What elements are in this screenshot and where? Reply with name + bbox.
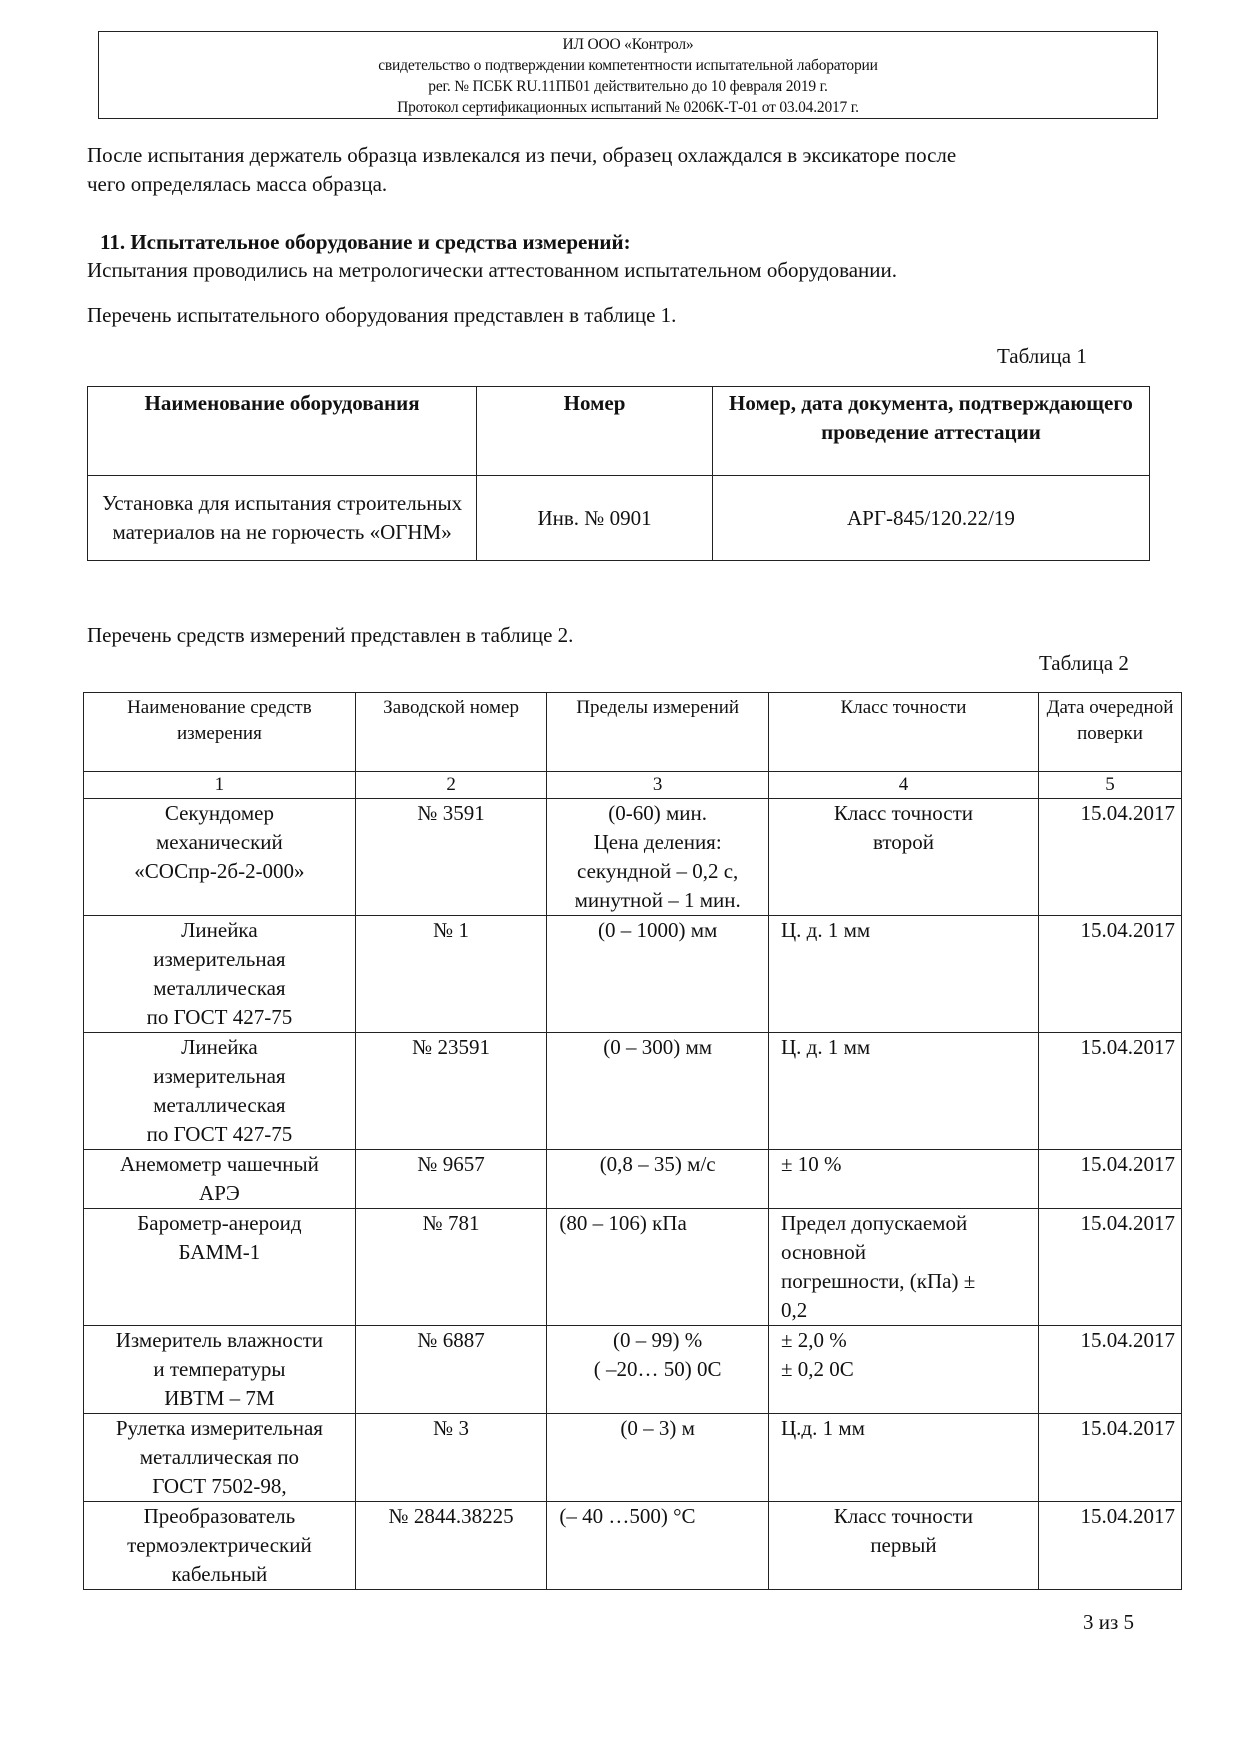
table2-intro: Перечень средств измерений представлен в… <box>87 621 573 650</box>
cell-accuracy-class: ± 2,0 % ± 0,2 0С <box>768 1326 1038 1414</box>
header-instrument-name: Наименование средств измерения <box>84 693 356 772</box>
cell-measurement-range: (0 – 300) мм <box>547 1033 769 1150</box>
cell-certification-doc: АРГ-845/120.22/19 <box>712 476 1149 561</box>
cell-next-verification-date: 15.04.2017 <box>1039 1326 1182 1414</box>
header-next-verification-date: Дата очередной поверки <box>1039 693 1182 772</box>
section-title: 11. Испытательное оборудование и средств… <box>100 230 631 255</box>
cell-instrument-name: Секундомер механический «СОСпр-2б-2-000» <box>84 799 356 916</box>
column-number: 3 <box>547 772 769 799</box>
table1-intro: Перечень испытательного оборудования пре… <box>87 301 676 330</box>
cell-accuracy-class: Ц. д. 1 мм <box>768 916 1038 1033</box>
column-number: 5 <box>1039 772 1182 799</box>
document-header: ИЛ ООО «Контрол» свидетельство о подтвер… <box>98 31 1158 119</box>
table-header-row: Наименование оборудования Номер Номер, д… <box>88 387 1150 476</box>
cell-instrument-name: Анемометр чашечный АРЭ <box>84 1150 356 1209</box>
table2-caption: Таблица 2 <box>1039 651 1129 676</box>
header-serial-number: Заводской номер <box>355 693 547 772</box>
cell-instrument-name: Линейка измерительная металлическая по Г… <box>84 916 356 1033</box>
cell-serial-number: № 23591 <box>355 1033 547 1150</box>
cell-measurement-range: (0,8 – 35) м/с <box>547 1150 769 1209</box>
cell-instrument-name: Измеритель влажности и температуры ИВТМ … <box>84 1326 356 1414</box>
table-row: Анемометр чашечный АРЭ№ 9657(0,8 – 35) м… <box>84 1150 1182 1209</box>
header-certificate: свидетельство о подтверждении компетентн… <box>99 55 1157 76</box>
column-number: 4 <box>768 772 1038 799</box>
cell-instrument-name: Рулетка измерительная металлическая по Г… <box>84 1414 356 1502</box>
header-lab-name: ИЛ ООО «Контрол» <box>99 34 1157 55</box>
table-row: Барометр-анероид БАММ-1№ 781(80 – 106) к… <box>84 1209 1182 1326</box>
cell-next-verification-date: 15.04.2017 <box>1039 1209 1182 1326</box>
header-equipment-name: Наименование оборудования <box>88 387 477 476</box>
cell-next-verification-date: 15.04.2017 <box>1039 1150 1182 1209</box>
table-row: Линейка измерительная металлическая по Г… <box>84 916 1182 1033</box>
header-protocol: Протокол сертификационных испытаний № 02… <box>99 97 1157 118</box>
cell-accuracy-class: Класс точности второй <box>768 799 1038 916</box>
cell-serial-number: № 9657 <box>355 1150 547 1209</box>
table-row: Преобразователь термоэлектрический кабел… <box>84 1502 1182 1590</box>
equipment-table: Наименование оборудования Номер Номер, д… <box>87 386 1150 561</box>
cell-serial-number: № 6887 <box>355 1326 547 1414</box>
cell-next-verification-date: 15.04.2017 <box>1039 916 1182 1033</box>
cell-measurement-range: (0 – 1000) мм <box>547 916 769 1033</box>
column-number-row: 1 2 3 4 5 <box>84 772 1182 799</box>
header-accuracy-class: Класс точности <box>768 693 1038 772</box>
header-certification-doc: Номер, дата документа, подтверждающего п… <box>712 387 1149 476</box>
table-header-row: Наименование средств измерения Заводской… <box>84 693 1182 772</box>
page-number: 3 из 5 <box>1083 1610 1134 1635</box>
cell-measurement-range: (0 – 3) м <box>547 1414 769 1502</box>
cell-accuracy-class: Класс точности первый <box>768 1502 1038 1590</box>
intro-text-line-1: После испытания держатель образца извлек… <box>87 141 956 170</box>
header-registration: рег. № ПСБК RU.11ПБ01 действительно до 1… <box>99 76 1157 97</box>
cell-instrument-name: Преобразователь термоэлектрический кабел… <box>84 1502 356 1590</box>
cell-accuracy-class: Ц. д. 1 мм <box>768 1033 1038 1150</box>
table1-caption: Таблица 1 <box>997 344 1087 369</box>
cell-measurement-range: (0 – 99) % ( –20… 50) 0С <box>547 1326 769 1414</box>
measuring-instruments-table: Наименование средств измерения Заводской… <box>83 692 1182 1590</box>
column-number: 1 <box>84 772 356 799</box>
header-number: Номер <box>477 387 713 476</box>
section-text: Испытания проводились на метрологически … <box>87 256 897 285</box>
table-row: Измеритель влажности и температуры ИВТМ … <box>84 1326 1182 1414</box>
cell-accuracy-class: Предел допускаемой основной погрешности,… <box>768 1209 1038 1326</box>
column-number: 2 <box>355 772 547 799</box>
cell-instrument-name: Барометр-анероид БАММ-1 <box>84 1209 356 1326</box>
cell-serial-number: № 2844.38225 <box>355 1502 547 1590</box>
table-row: Установка для испытания строительных мат… <box>88 476 1150 561</box>
cell-equipment-name: Установка для испытания строительных мат… <box>88 476 477 561</box>
cell-next-verification-date: 15.04.2017 <box>1039 799 1182 916</box>
intro-text-line-2: чего определялась масса образца. <box>87 170 387 199</box>
cell-measurement-range: (0-60) мин. Цена деления: секундной – 0,… <box>547 799 769 916</box>
cell-next-verification-date: 15.04.2017 <box>1039 1502 1182 1590</box>
table-row: Линейка измерительная металлическая по Г… <box>84 1033 1182 1150</box>
cell-serial-number: № 1 <box>355 916 547 1033</box>
cell-serial-number: № 781 <box>355 1209 547 1326</box>
cell-measurement-range: (– 40 …500) °С <box>547 1502 769 1590</box>
table-row: Рулетка измерительная металлическая по Г… <box>84 1414 1182 1502</box>
cell-accuracy-class: Ц.д. 1 мм <box>768 1414 1038 1502</box>
cell-measurement-range: (80 – 106) кПа <box>547 1209 769 1326</box>
table-row: Секундомер механический «СОСпр-2б-2-000»… <box>84 799 1182 916</box>
cell-instrument-name: Линейка измерительная металлическая по Г… <box>84 1033 356 1150</box>
header-measurement-range: Пределы измерений <box>547 693 769 772</box>
cell-inventory-number: Инв. № 0901 <box>477 476 713 561</box>
cell-accuracy-class: ± 10 % <box>768 1150 1038 1209</box>
cell-serial-number: № 3591 <box>355 799 547 916</box>
cell-serial-number: № 3 <box>355 1414 547 1502</box>
cell-next-verification-date: 15.04.2017 <box>1039 1414 1182 1502</box>
cell-next-verification-date: 15.04.2017 <box>1039 1033 1182 1150</box>
